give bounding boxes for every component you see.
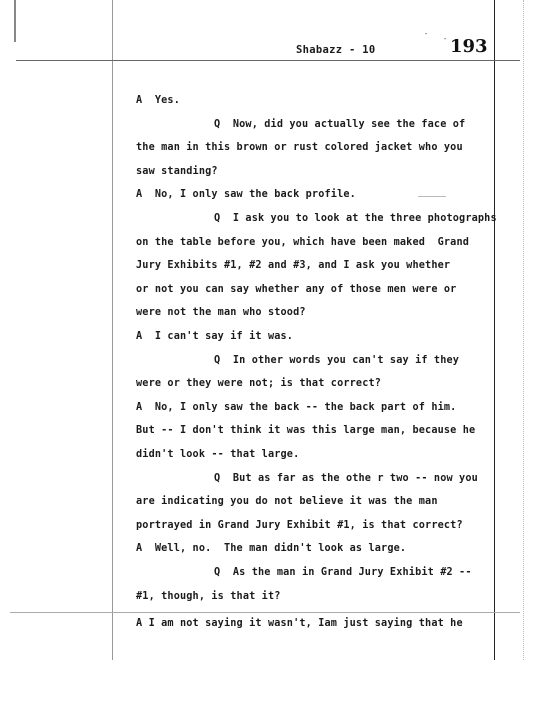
scan-mark: - bbox=[443, 35, 447, 43]
transcript-line: on the table before you, which have been… bbox=[136, 237, 469, 248]
transcript-line: the man in this brown or rust colored ja… bbox=[136, 142, 463, 153]
transcript-line: didn't look -- that large. bbox=[136, 449, 299, 460]
question-line: Q I ask you to look at the three photogr… bbox=[214, 213, 497, 224]
answer-line: A I am not saying it wasn't, Iam just sa… bbox=[136, 618, 463, 629]
left-margin-line bbox=[112, 0, 113, 660]
transcript-line: But -- I don't think it was this large m… bbox=[136, 425, 475, 436]
running-head: Shabazz - 10 bbox=[296, 44, 375, 56]
document-page: - - Shabazz - 10 193 A Yes.Q Now, did yo… bbox=[0, 0, 536, 702]
scan-mark: - bbox=[424, 30, 428, 38]
transcript-line: were or they were not; is that correct? bbox=[136, 378, 381, 389]
transcript-line: are indicating you do not believe it was… bbox=[136, 496, 438, 507]
answer-line: A No, I only saw the back -- the back pa… bbox=[136, 402, 456, 413]
transcript-line: or not you can say whether any of those … bbox=[136, 284, 456, 295]
answer-line: A No, I only saw the back profile. bbox=[136, 189, 356, 200]
answer-line: A I can't say if it was. bbox=[136, 331, 293, 342]
footer-rule bbox=[10, 612, 520, 613]
question-line: Q Now, did you actually see the face of bbox=[214, 119, 465, 130]
right-edge-dotted-line bbox=[523, 0, 524, 660]
question-line: Q As the man in Grand Jury Exhibit #2 -- bbox=[214, 567, 472, 578]
question-line: Q But as far as the othe r two -- now yo… bbox=[214, 473, 478, 484]
answer-line: A Yes. bbox=[136, 95, 180, 106]
left-edge-line bbox=[14, 0, 16, 42]
answer-line: A Well, no. The man didn't look as large… bbox=[136, 543, 406, 554]
transcript-line: #1, though, is that it? bbox=[136, 591, 281, 602]
right-margin-line bbox=[494, 0, 495, 660]
question-line: Q In other words you can't say if they bbox=[214, 355, 459, 366]
transcript-line: were not the man who stood? bbox=[136, 307, 306, 318]
page-number: 193 bbox=[450, 36, 488, 57]
transcript-line: Jury Exhibits #1, #2 and #3, and I ask y… bbox=[136, 260, 450, 271]
transcript-line: portrayed in Grand Jury Exhibit #1, is t… bbox=[136, 520, 463, 531]
stray-mark bbox=[418, 196, 446, 197]
header-rule bbox=[16, 60, 520, 61]
transcript-line: saw standing? bbox=[136, 166, 218, 177]
